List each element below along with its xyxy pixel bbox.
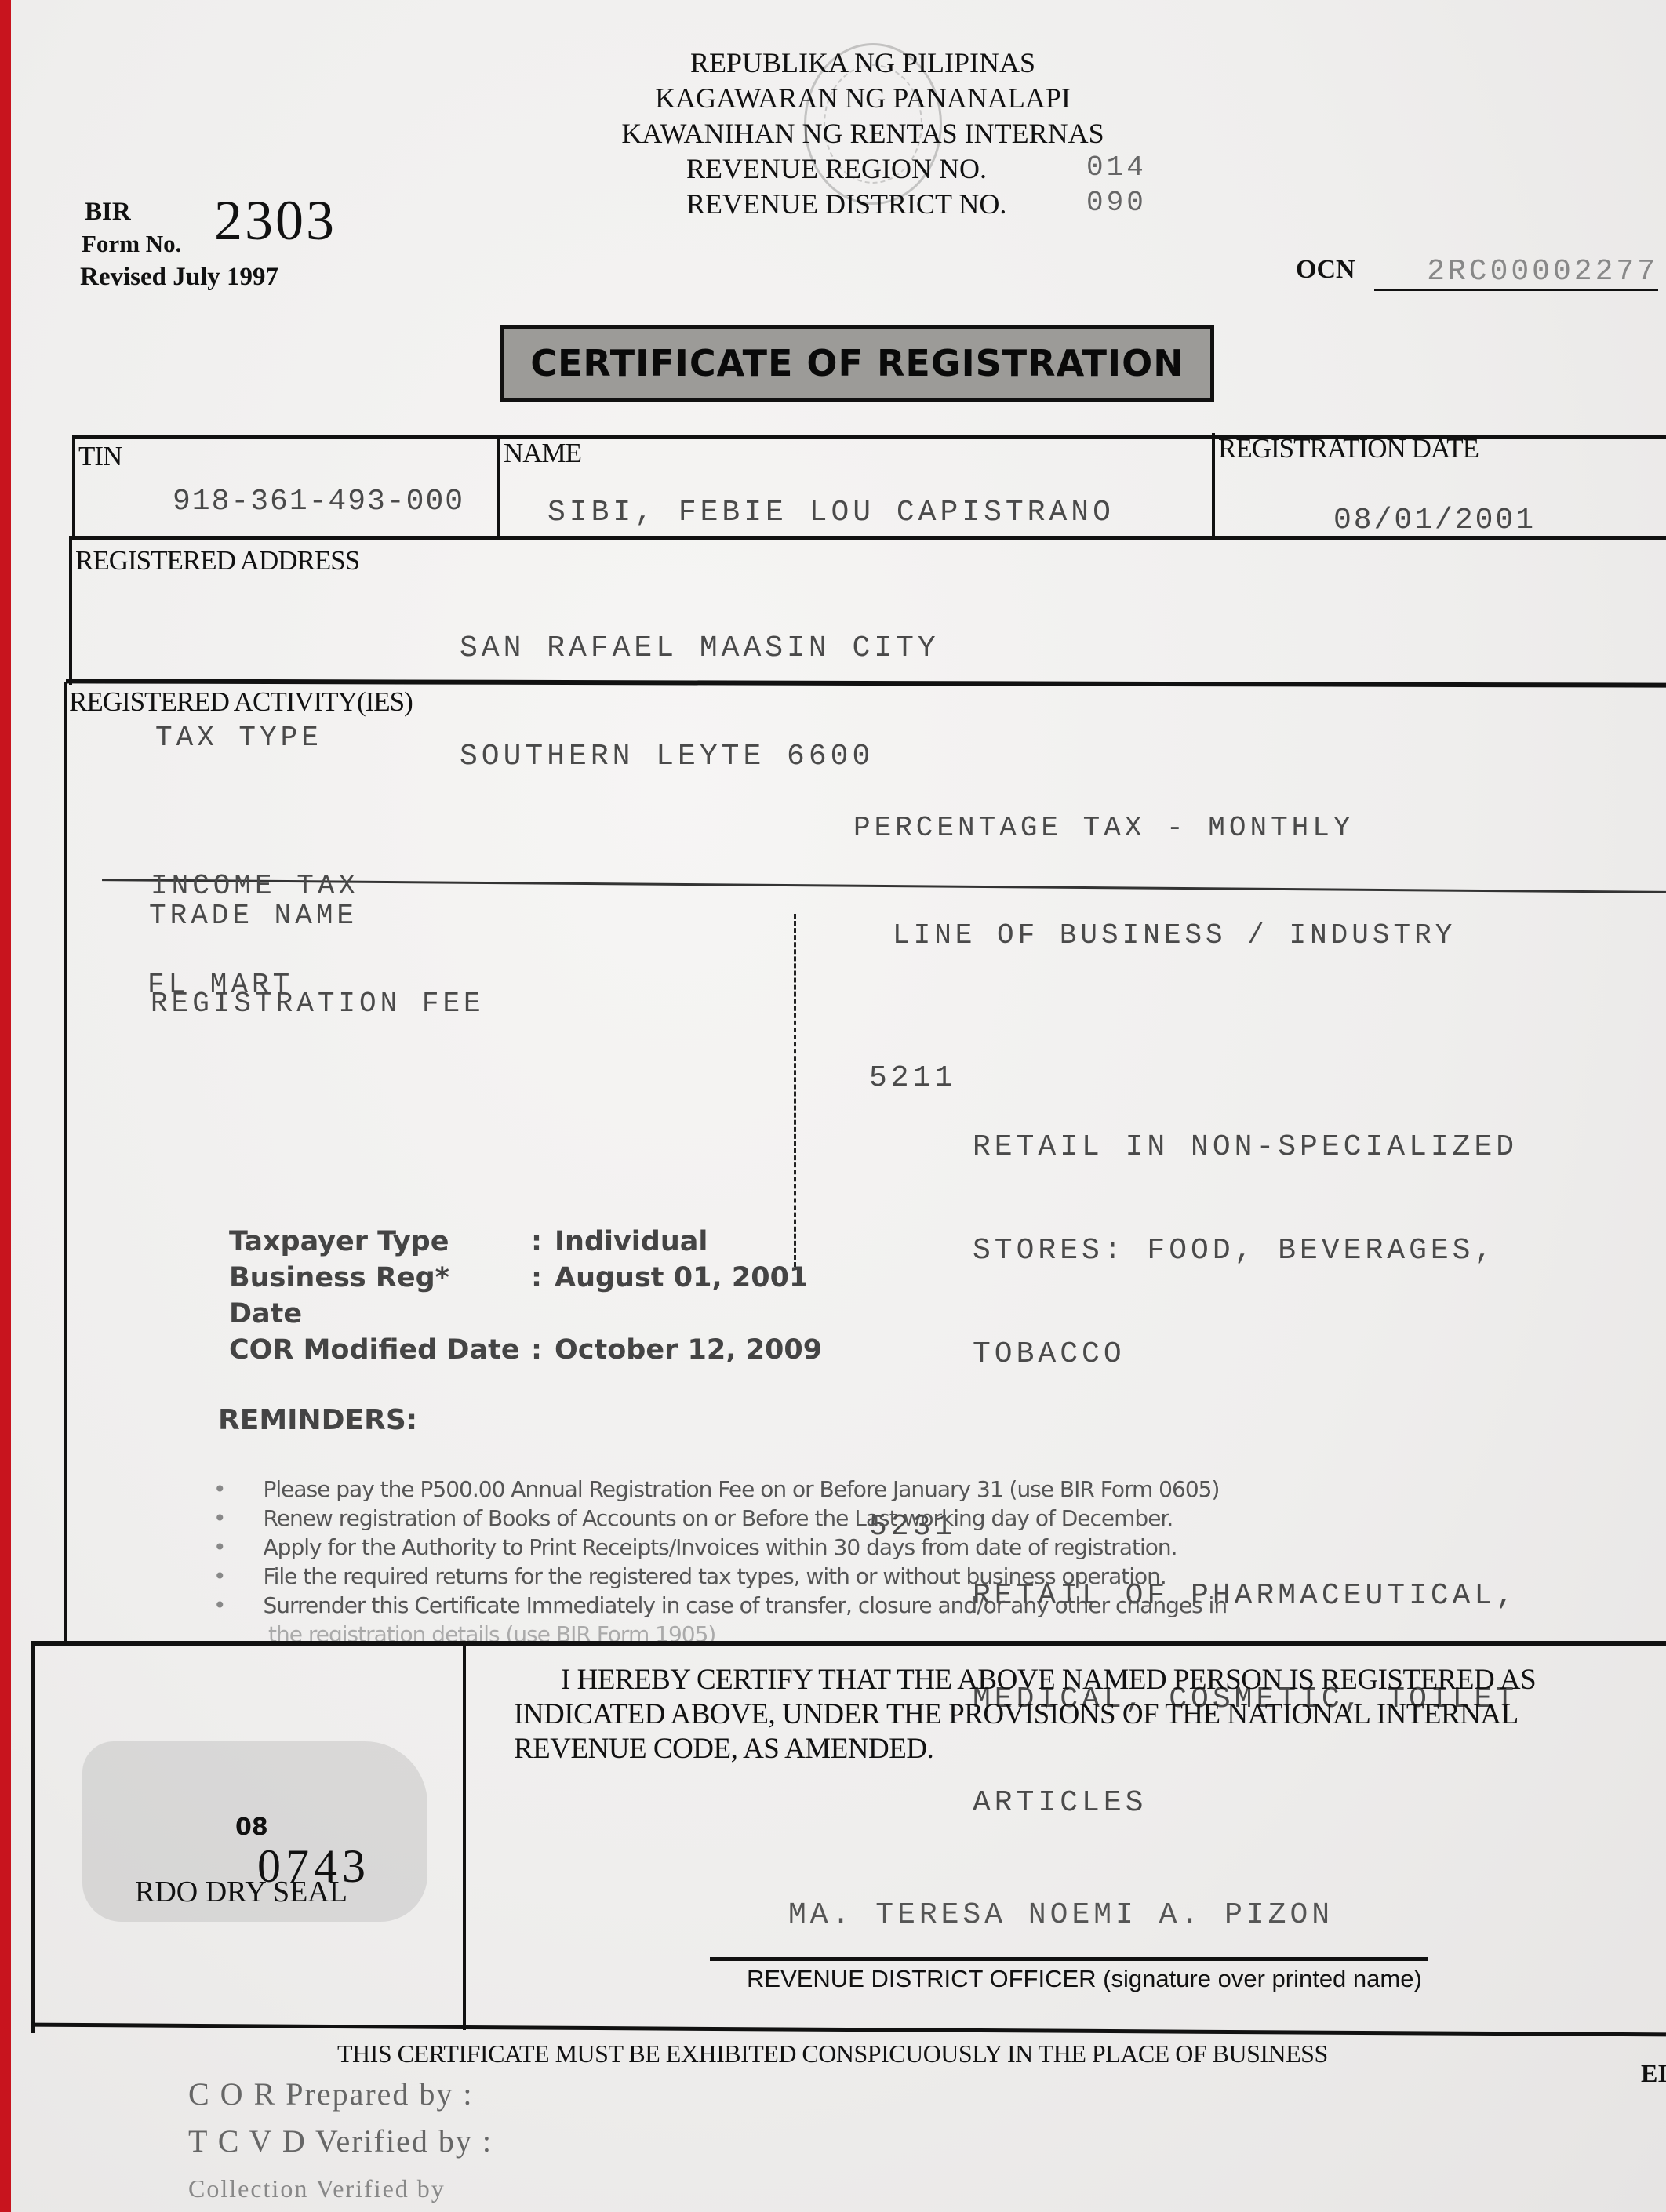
registration-date-label: REGISTRATION DATE — [1218, 433, 1479, 464]
divider — [463, 1646, 466, 2030]
detail-label: Business Reg* Date — [229, 1260, 531, 1332]
reminder-item: •Please pay the P500.00 Annual Registrat… — [213, 1475, 1227, 1504]
seal-date-fragment: 08 — [235, 1814, 268, 1841]
divider — [1212, 433, 1215, 537]
ocn-field: 2RC00002277 — [1374, 255, 1658, 291]
detail-label: COR Modified Date — [229, 1332, 531, 1368]
reminder-item: •Renew registration of Books of Accounts… — [213, 1504, 1227, 1533]
tax-type-label: TAX TYPE — [155, 722, 322, 754]
certificate-title: CERTIFICATE OF REGISTRATION — [530, 342, 1184, 384]
background-edge — [0, 0, 11, 2212]
header-line-3: KAWANIHAN NG RENTAS INTERNAS — [549, 116, 1177, 151]
name-label: NAME — [504, 438, 581, 469]
revenue-district-value: 090 — [1086, 187, 1147, 219]
reminder-item: •Surrender this Certificate Immediately … — [213, 1591, 1227, 1620]
revenue-region-value: 014 — [1086, 151, 1147, 184]
business-description-line: ARTICLES — [973, 1786, 1518, 1821]
detail-value: August 01, 2001 — [555, 1260, 808, 1332]
divider — [64, 682, 67, 1643]
detail-value: October 12, 2009 — [555, 1332, 822, 1368]
prepared-by-label: C O R Prepared by : — [188, 2071, 493, 2118]
certification-text: I HEREBY CERTIFY THAT THE ABOVE NAMED PE… — [514, 1663, 1659, 1766]
detail-row: Taxpayer Type:Individual — [229, 1224, 822, 1260]
bir-label: BIR — [85, 198, 131, 227]
divider — [69, 536, 72, 685]
business-description: RETAIL IN NON-SPECIALIZED STORES: FOOD, … — [973, 1061, 1518, 1441]
registration-date: 08/01/2001 — [1333, 504, 1536, 537]
tin-value: 918-361-493-000 — [173, 485, 464, 518]
divider — [497, 435, 500, 537]
cor-prepared-by: C O R Prepared by : T C V D Verified by … — [188, 2071, 493, 2212]
form-no-label: Form No. — [82, 230, 181, 258]
reminders-list: •Please pay the P500.00 Annual Registrat… — [213, 1475, 1227, 1649]
divider — [31, 1641, 1666, 1646]
revenue-region-label: REVENUE REGION NO. — [686, 151, 987, 187]
divider — [72, 435, 75, 537]
line-of-business-list: 5211 RETAIL IN NON-SPECIALIZED STORES: F… — [869, 992, 1518, 1924]
divider — [31, 1641, 35, 2033]
dashed-divider — [794, 914, 796, 1267]
registered-activities-label: REGISTERED ACTIVITY(IES) — [69, 686, 413, 718]
display-notice: THIS CERTIFICATE MUST BE EXHIBITED CONSP… — [337, 2039, 1328, 2068]
signature-line — [710, 1957, 1428, 1961]
business-description-line: RETAIL IN NON-SPECIALIZED — [973, 1130, 1518, 1165]
trade-name-label: TRADE NAME — [149, 900, 358, 932]
address-line-2: SOUTHERN LEYTE 6600 — [460, 739, 940, 775]
reminders-title: REMINDERS: — [218, 1403, 417, 1439]
certification-line: I HEREBY CERTIFY THAT THE ABOVE NAMED PE… — [514, 1663, 1659, 1697]
certificate-title-banner: CERTIFICATE OF REGISTRATION — [500, 325, 1214, 402]
officer-title: REVENUE DISTRICT OFFICER (signature over… — [747, 1965, 1422, 1993]
taxpayer-details: Taxpayer Type:Individual Business Reg* D… — [229, 1224, 822, 1368]
header-line-2: KAGAWARAN NG PANANALAPI — [549, 81, 1177, 116]
detail-row: Business Reg* Date:August 01, 2001 — [229, 1260, 822, 1332]
taxpayer-name: SIBI, FEBIE LOU CAPISTRANO — [547, 496, 1115, 529]
ocn-value: 2RC00002277 — [1427, 255, 1658, 289]
business-line-item: 5211 RETAIL IN NON-SPECIALIZED STORES: F… — [869, 1061, 1518, 1441]
detail-value: Individual — [555, 1224, 708, 1260]
reminder-item: •File the required returns for the regis… — [213, 1562, 1227, 1591]
collection-verified-by-label: Collection Verified by — [188, 2165, 493, 2212]
business-description-line: TOBACCO — [973, 1337, 1518, 1372]
detail-row: COR Modified Date:October 12, 2009 — [229, 1332, 822, 1368]
header-line-1: REPUBLIKA NG PILIPINAS — [549, 45, 1177, 81]
registered-address: SAN RAFAEL MAASIN CITY SOUTHERN LEYTE 66… — [460, 558, 940, 811]
form-number: 2303 — [214, 188, 336, 253]
edge-text-fragment: EI — [1641, 2059, 1666, 2088]
business-description-line: STORES: FOOD, BEVERAGES, — [973, 1234, 1518, 1268]
address-line-1: SAN RAFAEL MAASIN CITY — [460, 631, 940, 667]
tin-label: TIN — [78, 441, 122, 472]
trade-name: FL MART — [147, 969, 293, 1001]
line-of-business-label: LINE OF BUSINESS / INDUSTRY — [893, 919, 1456, 951]
seal-label: RDO DRY SEAL — [135, 1875, 347, 1909]
registered-address-label: REGISTERED ADDRESS — [75, 545, 359, 577]
reminder-item: •Apply for the Authority to Print Receip… — [213, 1533, 1227, 1562]
revenue-district-label: REVENUE DISTRICT NO. — [686, 187, 1006, 222]
tax-type-percentage-tax: PERCENTAGE TAX - MONTHLY — [853, 812, 1354, 844]
tcvd-verified-by-label: T C V D Verified by : — [188, 2118, 493, 2165]
ocn-label: OCN — [1296, 255, 1355, 285]
detail-label: Taxpayer Type — [229, 1224, 531, 1260]
certification-line: REVENUE CODE, AS AMENDED. — [514, 1732, 1659, 1766]
certification-line: INDICATED ABOVE, UNDER THE PROVISIONS OF… — [514, 1697, 1659, 1732]
revised-date: Revised July 1997 — [80, 263, 278, 292]
officer-name: MA. TERESA NOEMI A. PIZON — [788, 1898, 1333, 1932]
business-code: 5211 — [869, 1061, 973, 1441]
agency-header: REPUBLIKA NG PILIPINAS KAGAWARAN NG PANA… — [549, 45, 1177, 151]
